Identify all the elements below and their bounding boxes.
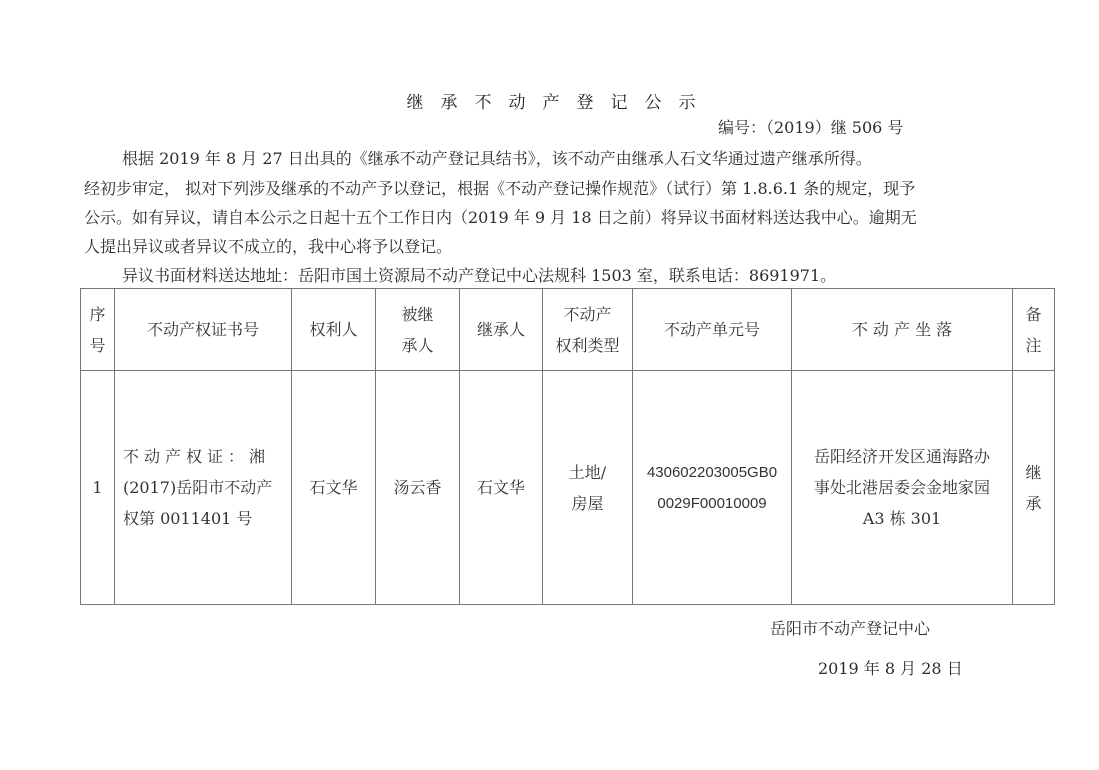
cert-no-line: (2017)岳阳市不动产	[123, 472, 285, 503]
location-line: A3 栋 301	[792, 503, 1012, 534]
table-row: 1 不动产权证：湘 (2017)岳阳市不动产 权第 0011401 号 石文华 …	[81, 371, 1055, 605]
header-decedent: 被继 承人	[376, 289, 460, 371]
paragraph-line-2: 经初步审定， 拟对下列涉及继承的不动产予以登记，根据《不动产登记操作规范》（试行…	[84, 174, 915, 204]
header-decedent-line: 承人	[376, 330, 459, 361]
remark-line: 继	[1013, 457, 1054, 488]
cell-remark: 继 承	[1013, 371, 1055, 605]
header-seq-line: 号	[81, 330, 114, 361]
header-right-holder: 权利人	[292, 289, 376, 371]
header-location: 不 动 产 坐 落	[792, 289, 1013, 371]
cert-no-line: 不动产权证：湘	[123, 441, 285, 472]
paragraph-line-4: 人提出异议或者异议不成立的，我中心将予以登记。	[84, 232, 452, 262]
cell-right-type: 土地/ 房屋	[543, 371, 633, 605]
cell-seq: 1	[81, 371, 115, 605]
header-remark-line: 备	[1013, 299, 1054, 330]
header-seq-line: 序	[81, 299, 114, 330]
location-line: 岳阳经济开发区通海路办	[792, 441, 1012, 472]
registration-table: 序 号 不动产权证书号 权利人 被继 承人 继承人 不动产 权利类型 不动产单元…	[80, 288, 1055, 605]
paragraph-line-3: 公示。如有异议，请自本公示之日起十五个工作日内（2019 年 9 月 18 日之…	[84, 203, 917, 233]
cell-location: 岳阳经济开发区通海路办 事处北港居委会金地家园 A3 栋 301	[792, 371, 1013, 605]
cert-no-line: 权第 0011401 号	[123, 503, 285, 534]
header-right-type-line: 不动产	[543, 299, 632, 330]
cell-right-holder: 石文华	[292, 371, 376, 605]
document-title: 继承不动产登记公示	[0, 88, 1099, 113]
header-decedent-line: 被继	[376, 299, 459, 330]
remark-line: 承	[1013, 488, 1054, 519]
cell-unit-no: 430602203005GB0 0029F00010009	[633, 371, 792, 605]
header-right-type-line: 权利类型	[543, 330, 632, 361]
header-remark-line: 注	[1013, 330, 1054, 361]
cell-cert-no: 不动产权证：湘 (2017)岳阳市不动产 权第 0011401 号	[115, 371, 292, 605]
paragraph-line-1: 根据 2019 年 8 月 27 日出具的《继承不动产登记具结书》，该不动产由继…	[122, 144, 872, 174]
header-remark: 备 注	[1013, 289, 1055, 371]
header-heir: 继承人	[460, 289, 543, 371]
header-cert-no: 不动产权证书号	[115, 289, 292, 371]
cell-decedent: 汤云香	[376, 371, 460, 605]
unit-no-line: 430602203005GB0	[633, 457, 791, 488]
header-unit-no: 不动产单元号	[633, 289, 792, 371]
unit-no-line: 0029F00010009	[633, 488, 791, 519]
issuer-signature: 岳阳市不动产登记中心	[770, 616, 930, 639]
right-type-line: 房屋	[543, 488, 632, 519]
header-right-type: 不动产 权利类型	[543, 289, 633, 371]
issue-date: 2019 年 8 月 28 日	[818, 656, 963, 679]
objection-address: 异议书面材料送达地址：岳阳市国土资源局不动产登记中心法规科 1503 室，联系电…	[122, 261, 836, 291]
location-line: 事处北港居委会金地家园	[792, 472, 1012, 503]
right-type-line: 土地/	[543, 457, 632, 488]
table-header-row: 序 号 不动产权证书号 权利人 被继 承人 继承人 不动产 权利类型 不动产单元…	[81, 289, 1055, 371]
header-seq: 序 号	[81, 289, 115, 371]
cell-heir: 石文华	[460, 371, 543, 605]
document-number: 编号：（2019）继 506 号	[718, 115, 903, 138]
